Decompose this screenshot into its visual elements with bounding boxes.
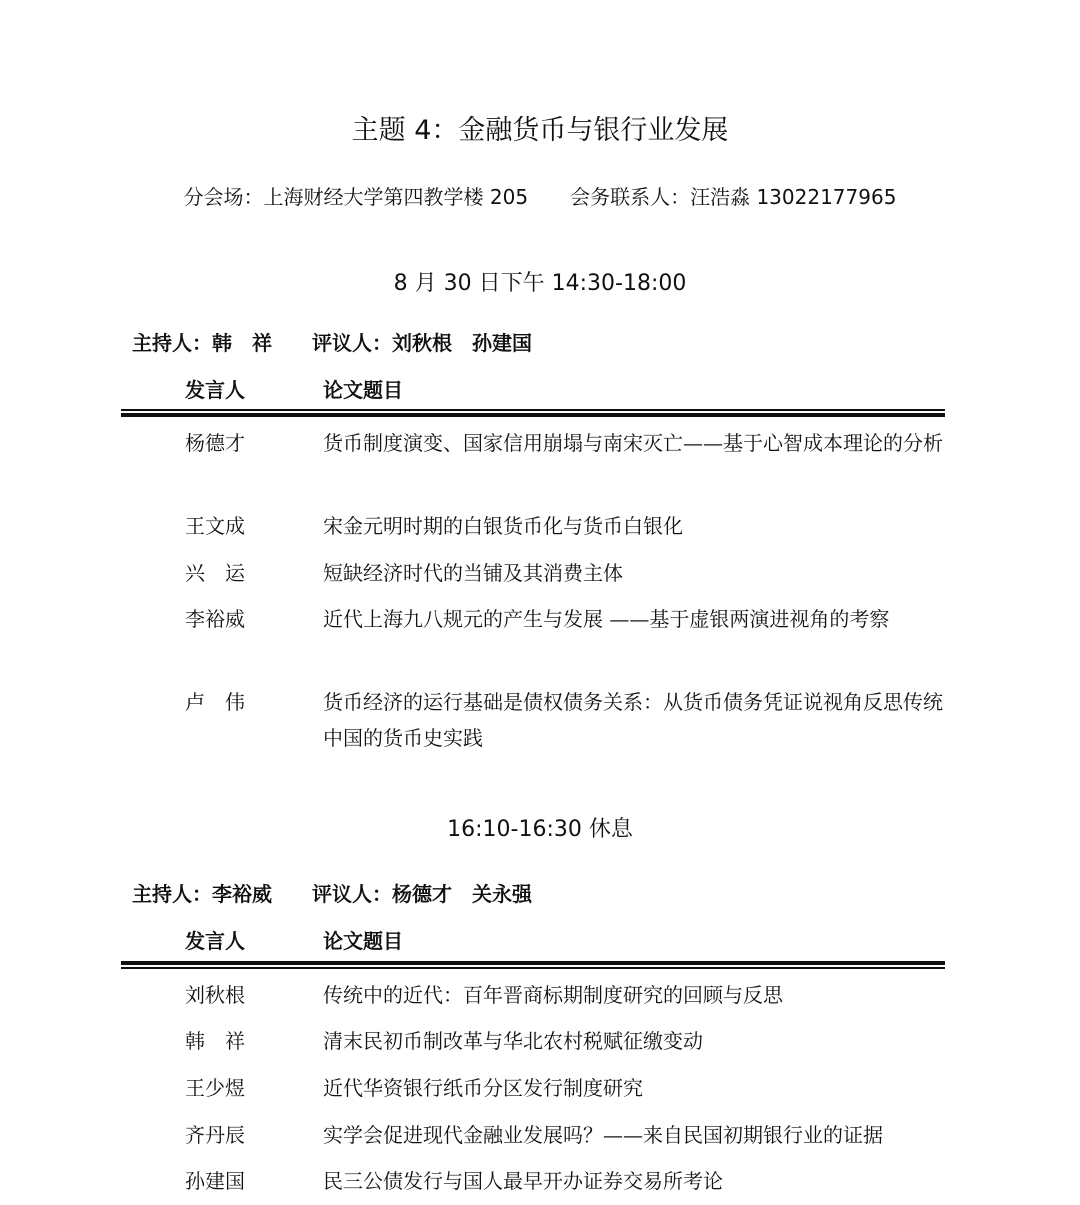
column-header-paper: 论文题目: [323, 927, 403, 955]
reviewers-label: 评议人：杨德才 关永强: [312, 882, 532, 906]
column-header-speaker: 发言人: [185, 376, 245, 404]
column-header-speaker: 发言人: [185, 927, 245, 955]
paper-title: 实学会促进现代金融业发展吗？——来自民国初期银行业的证据: [323, 1117, 943, 1153]
speaker-name: 韩 祥: [185, 1027, 245, 1055]
speaker-name: 王少煜: [185, 1074, 245, 1102]
speaker-name: 兴 运: [185, 559, 245, 587]
speaker-name: 王文成: [185, 512, 245, 540]
speaker-name: 杨德才: [185, 429, 245, 457]
page-title: 主题 4：金融货币与银行业发展: [0, 114, 1080, 148]
paper-title: 清末民初币制改革与华北农村税赋征缴变动: [323, 1023, 943, 1059]
session-host-line: 主持人：李裕威评议人：杨德才 关永强: [132, 880, 532, 908]
speaker-name: 刘秋根: [185, 981, 245, 1009]
reviewers-label: 评议人：刘秋根 孙建国: [312, 331, 532, 355]
session-time-heading: 8 月 30 日下午 14:30-18:00: [0, 269, 1080, 299]
paper-title: 货币制度演变、国家信用崩塌与南宋灭亡——基于心智成本理论的分析: [323, 425, 943, 461]
table-rule-thin: [121, 409, 945, 411]
paper-title: 传统中的近代：百年晋商标期制度研究的回顾与反思: [323, 977, 943, 1013]
column-header-paper: 论文题目: [323, 376, 403, 404]
venue-line: 分会场：上海财经大学第四教学楼 205会务联系人：汪浩淼 13022177965: [0, 183, 1080, 211]
break-time-heading: 16:10-16:30 休息: [0, 815, 1080, 845]
paper-title: 民三公债发行与国人最早开办证券交易所考论: [323, 1163, 943, 1199]
paper-title: 短缺经济时代的当铺及其消费主体: [323, 555, 943, 591]
speaker-name: 卢 伟: [185, 688, 245, 716]
venue-contact: 会务联系人：汪浩淼 13022177965: [570, 185, 896, 209]
host-label: 主持人：李裕威: [132, 882, 272, 906]
speaker-name: 齐丹辰: [185, 1121, 245, 1149]
speaker-name: 孙建国: [185, 1167, 245, 1195]
paper-title: 宋金元明时期的白银货币化与货币白银化: [323, 508, 943, 544]
table-rule-thin: [121, 967, 945, 969]
session-host-line: 主持人：韩 祥评议人：刘秋根 孙建国: [132, 329, 532, 357]
paper-title: 货币经济的运行基础是债权债务关系：从货币债务凭证说视角反思传统中国的货币史实践: [323, 684, 943, 756]
table-rule-thick: [121, 413, 945, 417]
speaker-name: 李裕威: [185, 605, 245, 633]
table-rule-thick: [121, 961, 945, 965]
paper-title: 近代华资银行纸币分区发行制度研究: [323, 1070, 943, 1106]
venue-location: 分会场：上海财经大学第四教学楼 205: [184, 185, 529, 209]
paper-title: 近代上海九八规元的产生与发展 ——基于虚银两演进视角的考察: [323, 601, 943, 637]
host-label: 主持人：韩 祥: [132, 331, 272, 355]
